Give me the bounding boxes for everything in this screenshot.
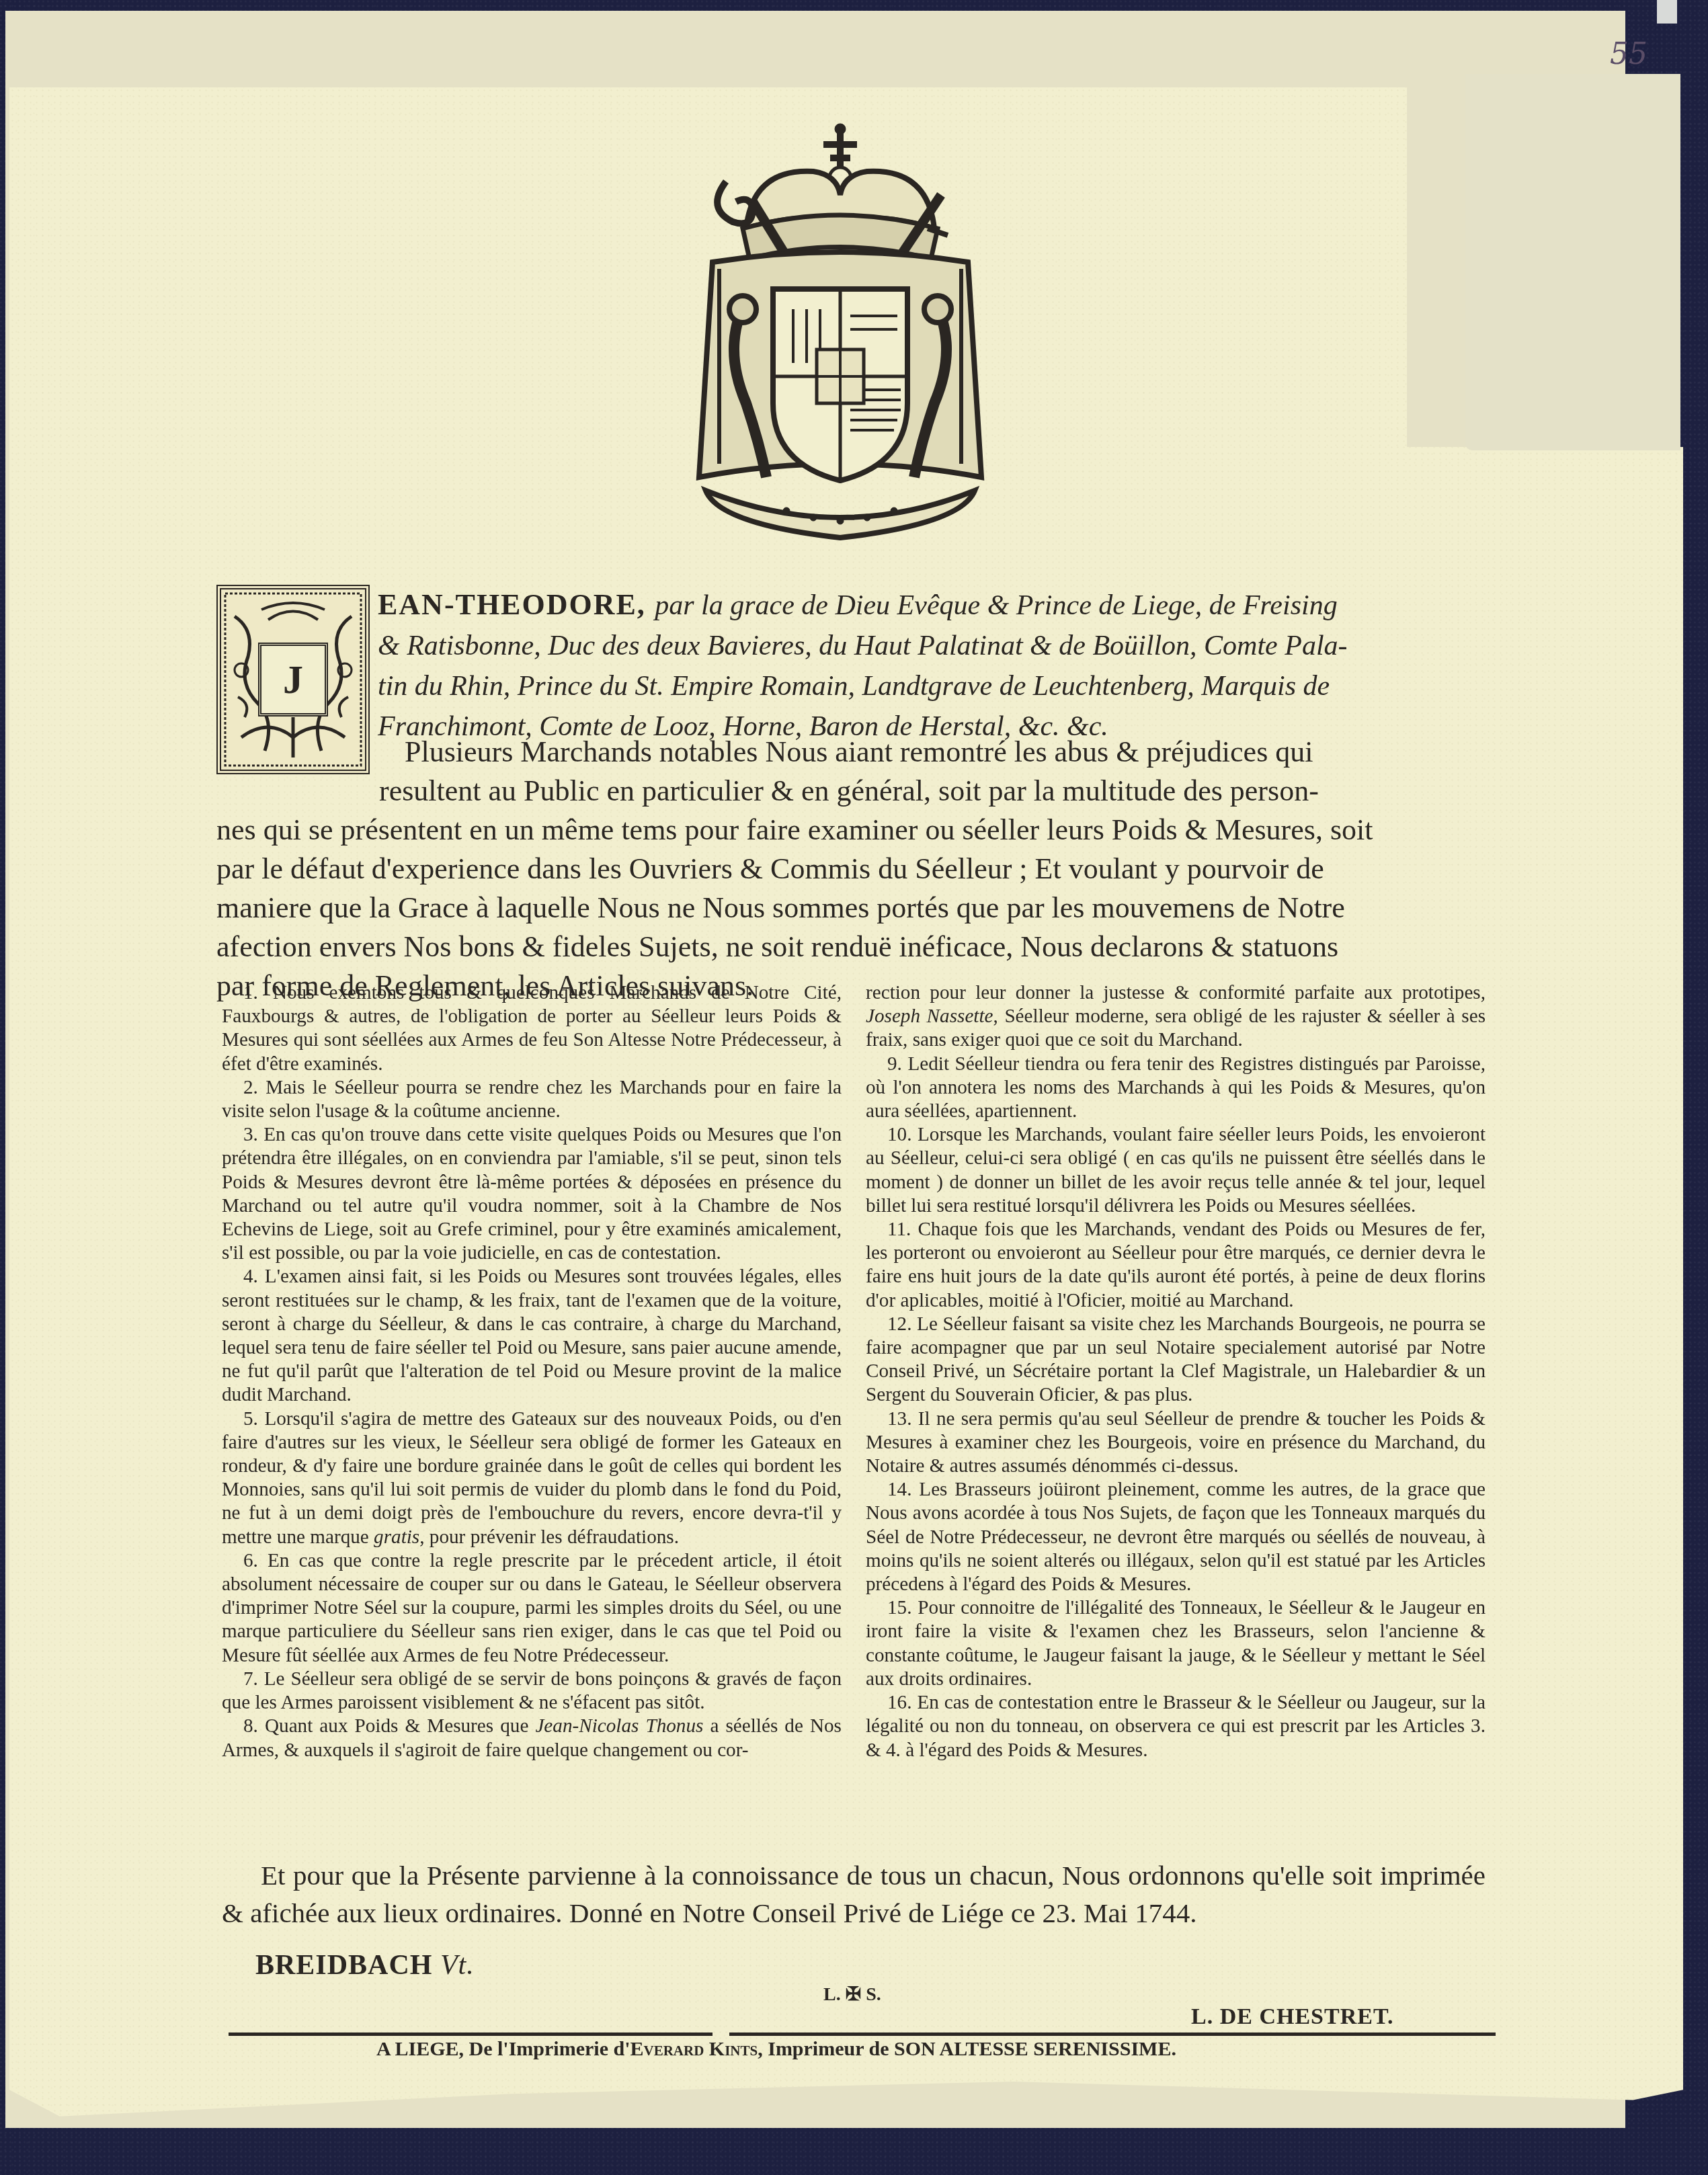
divider-rule — [229, 2033, 713, 2036]
divider-rule — [729, 2033, 1496, 2036]
article-11: 11. Chaque fois que les Marchands, venda… — [866, 1218, 1486, 1313]
printer-imprint: A LIEGE, De l'Imprimerie d'Everard Kints… — [376, 2038, 1176, 2061]
article-8-continued: rection pour leur donner la justesse & c… — [866, 981, 1486, 1053]
title-line-2: & Ratisbonne, Duc des deux Bavieres, du … — [378, 626, 1480, 666]
issuer-name: EAN-THEODORE, — [378, 588, 646, 621]
preamble-line: afection envers Nos bons & fideles Sujet… — [216, 928, 1480, 967]
preamble-line: maniere que la Grace à laquelle Nous ne … — [216, 889, 1480, 928]
preamble-line: nes qui se présentent en un même tems po… — [216, 811, 1480, 850]
preamble: Plusieurs Marchands notables Nous aiant … — [216, 733, 1480, 1006]
closing-formula: Et pour que la Présente parvienne à la c… — [222, 1856, 1486, 1932]
article-2: 2. Mais le Séelleur pourra se rendre che… — [222, 1076, 842, 1123]
articles-left-column: 1. Nous exemtons tous & quelconques Marc… — [222, 981, 842, 1762]
cross-icon: ✠ — [846, 1984, 861, 2005]
article-14: 14. Les Brasseurs joüiront pleinement, c… — [866, 1478, 1486, 1596]
paper-flap — [1465, 74, 1680, 450]
folio-number: 55 — [1610, 37, 1648, 71]
article-6: 6. En cas que contre la regle prescrite … — [222, 1549, 842, 1668]
preamble-line: par le défaut d'experience dans les Ouvr… — [216, 850, 1480, 889]
article-8: 8. Quant aux Poids & Mesures que Jean-Ni… — [222, 1715, 842, 1762]
article-7: 7. Le Séelleur sera obligé de se servir … — [222, 1668, 842, 1715]
drop-cap-letter: J — [258, 643, 328, 716]
article-12: 12. Le Séelleur faisant sa visite chez l… — [866, 1313, 1486, 1407]
coat-of-arms-icon — [679, 114, 1002, 544]
article-5: 5. Lorsqu'il s'agira de mettre des Gatea… — [222, 1407, 842, 1549]
article-4: 4. L'examen ainsi fait, si les Poids ou … — [222, 1265, 842, 1407]
preamble-line: resultent au Public en particulier & en … — [216, 772, 1480, 811]
signature-de-chestret: L. DE CHESTRET. — [1191, 2004, 1394, 2030]
articles: 1. Nous exemtons tous & quelconques Marc… — [222, 981, 1486, 1762]
article-13: 13. Il ne sera permis qu'au seul Séelleu… — [866, 1407, 1486, 1479]
title-line-1: EAN-THEODORE, par la grace de Dieu Evêqu… — [378, 585, 1480, 626]
preamble-line: Plusieurs Marchands notables Nous aiant … — [216, 733, 1480, 772]
title-line-3: tin du Rhin, Prince du St. Empire Romain… — [378, 666, 1480, 706]
article-1: 1. Nous exemtons tous & quelconques Marc… — [222, 981, 842, 1076]
signature-breidbach: BREIDBACH Vt. — [255, 1949, 475, 1981]
article-15: 15. Pour connoitre de l'illégalité des T… — [866, 1596, 1486, 1691]
articles-right-column: rection pour leur donner la justesse & c… — [866, 981, 1486, 1762]
seal-mark: L. ✠ S. — [823, 1983, 881, 2006]
article-10: 10. Lorsque les Marchands, voulant faire… — [866, 1123, 1486, 1218]
decree-title: EAN-THEODORE, par la grace de Dieu Evêqu… — [378, 585, 1480, 747]
folio-strip — [1657, 0, 1677, 24]
article-9: 9. Ledit Séelleur tiendra ou fera tenir … — [866, 1053, 1486, 1124]
article-3: 3. En cas qu'on trouve dans cette visite… — [222, 1123, 842, 1265]
article-16: 16. En cas de contestation entre le Bras… — [866, 1691, 1486, 1762]
